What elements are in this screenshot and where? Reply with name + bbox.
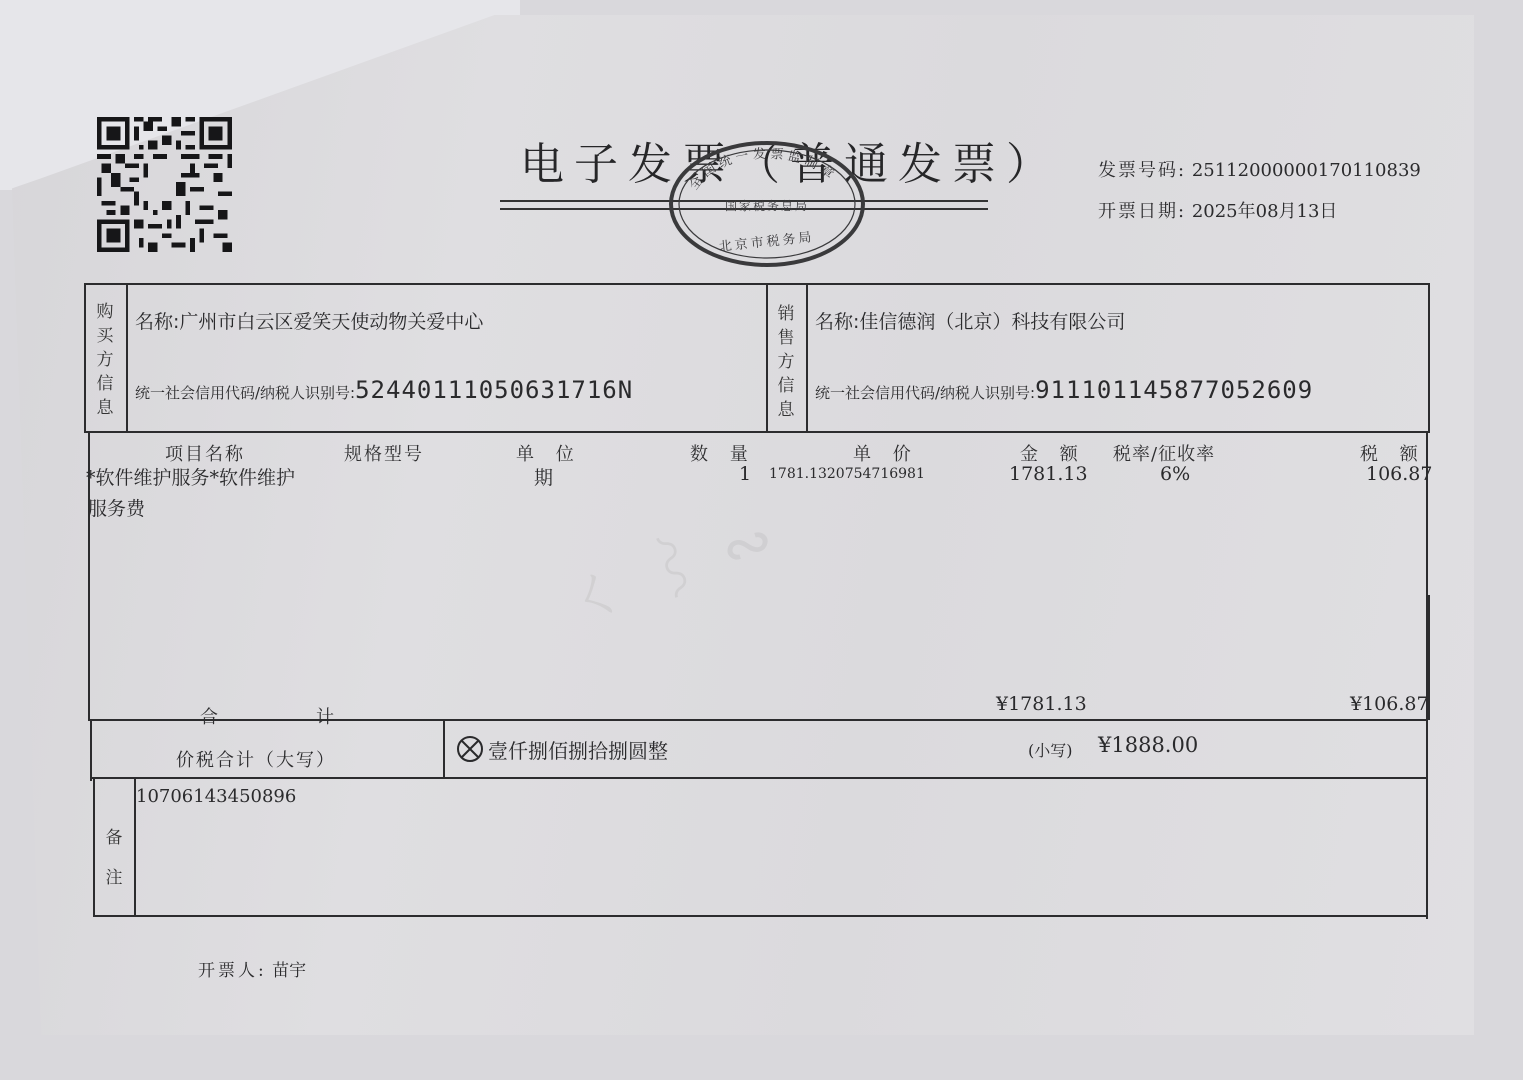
side-char: 售: [775, 326, 797, 350]
seller-tax-id-label: 统一社会信用代码/纳税人识别号:: [815, 384, 1035, 402]
issue-date-label: 开票日期:: [1098, 201, 1186, 222]
side-char: 息: [94, 396, 116, 420]
side-char: 信: [775, 374, 797, 398]
buyer-name: 广州市白云区爱笑天使动物关爱中心: [179, 311, 483, 333]
divider: [93, 915, 1428, 917]
buyer-name-row: 名称:广州市白云区爱笑天使动物关爱中心: [135, 307, 483, 334]
seal-bottom-text: 北京市税务局: [718, 229, 815, 255]
grand-total-uppercase: 壹仟捌佰捌拾捌圆整: [488, 735, 668, 764]
item-amount: 1781.13: [1009, 463, 1088, 485]
header-unit-price: 单 价: [853, 440, 919, 466]
divider: [1426, 719, 1428, 919]
buyer-tax-id-label: 统一社会信用代码/纳税人识别号:: [135, 384, 355, 402]
official-seal: 全国统一发票监制章 国家税务总局 北京市税务局: [668, 140, 866, 268]
seller-name-label: 名称:: [815, 311, 859, 333]
item-quantity: 1: [739, 463, 751, 485]
buyer-side-label: 购 买 方 信 息: [94, 300, 116, 420]
issuer-row: 开票人: 苗宇: [198, 956, 306, 981]
item-unit-price: 1781.1320754716981: [769, 466, 925, 482]
side-char: 方: [775, 350, 797, 374]
party-section: [84, 283, 1430, 433]
invoice-number: 25112000000170110839: [1192, 160, 1421, 181]
seller-tax-id: 911101145877052609: [1035, 376, 1313, 404]
qr-code: [97, 117, 232, 252]
divider: [90, 777, 1428, 779]
seller-tax-id-row: 统一社会信用代码/纳税人识别号:911101145877052609: [815, 376, 1313, 404]
total-tax: ¥106.87: [1350, 693, 1429, 715]
divider: [126, 285, 128, 431]
buyer-name-label: 名称:: [135, 311, 179, 333]
remarks-text: 10706143450896: [136, 786, 296, 807]
grand-total-label: 价税合计（大写）: [176, 746, 336, 772]
header-spec: 规格型号: [344, 440, 424, 466]
side-char: 息: [775, 398, 797, 422]
item-unit: 期: [534, 463, 553, 490]
issuer-label: 开票人:: [198, 961, 267, 981]
side-char: 方: [94, 348, 116, 372]
seller-side-label: 销 售 方 信 息: [775, 302, 797, 422]
grand-total-lowercase: ¥1888.00: [1098, 733, 1198, 757]
divider: [443, 719, 445, 779]
total-char: 计: [316, 707, 342, 728]
side-char: 买: [94, 324, 116, 348]
side-char: 销: [775, 302, 797, 326]
divider: [806, 285, 808, 431]
side-char: 注: [103, 858, 125, 898]
seller-name: 佳信德润（北京）科技有限公司: [859, 311, 1125, 333]
total-amount: ¥1781.13: [996, 693, 1087, 715]
seal-middle-text: 国家税务总局: [725, 198, 809, 213]
item-name-line1: *软件维护服务*软件维护: [86, 463, 295, 490]
invoice-number-label: 发票号码:: [1098, 160, 1186, 181]
buyer-tax-id-row: 统一社会信用代码/纳税人识别号:52440111050631716N: [135, 376, 633, 404]
side-char: 购: [94, 300, 116, 324]
divider: [90, 719, 92, 781]
item-tax: 106.87: [1366, 463, 1432, 485]
invoice-number-row: 发票号码: 25112000000170110839: [1098, 156, 1421, 182]
issue-date-row: 开票日期: 2025年08月13日: [1098, 197, 1337, 223]
grand-total-lowercase-label: (小写): [1028, 738, 1073, 761]
total-label: 合计: [200, 703, 342, 729]
divider: [90, 719, 1428, 721]
issuer-name: 苗宇: [272, 961, 306, 981]
divider: [766, 285, 768, 431]
remarks-side-label: 备 注: [103, 818, 125, 898]
item-name-line2: 服务费: [88, 494, 145, 521]
issue-date: 2025年08月13日: [1192, 201, 1338, 222]
item-tax-rate: 6%: [1160, 463, 1190, 485]
circled-x-icon: [456, 735, 484, 763]
total-char: 合: [200, 707, 226, 728]
side-char: 备: [103, 818, 125, 858]
seller-name-row: 名称:佳信德润（北京）科技有限公司: [815, 307, 1125, 334]
side-char: 信: [94, 372, 116, 396]
buyer-tax-id: 52440111050631716N: [355, 376, 633, 404]
divider: [93, 777, 95, 917]
